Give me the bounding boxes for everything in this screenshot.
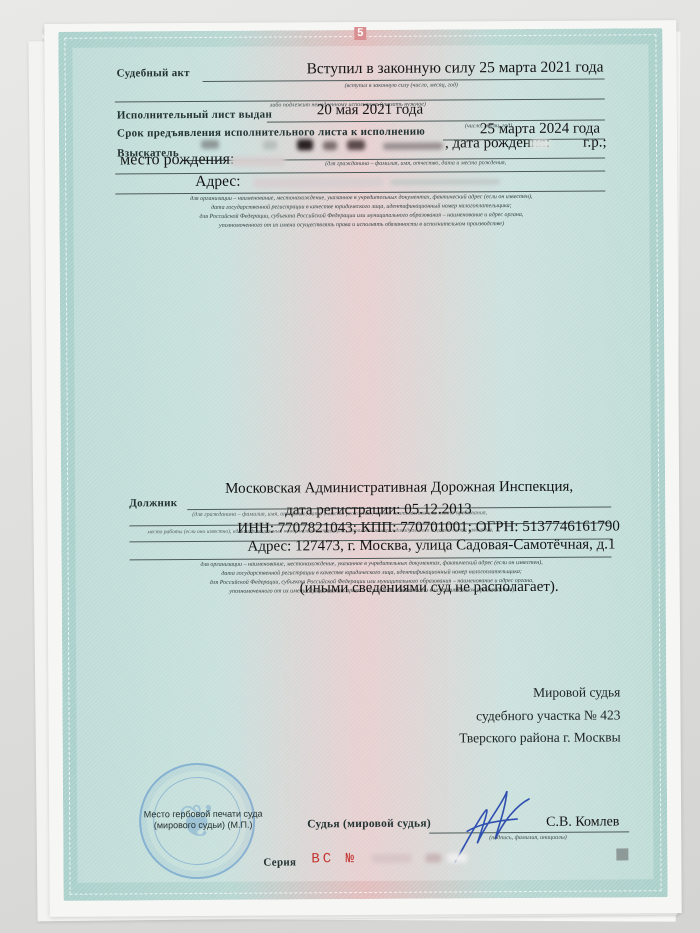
debtor-label: Должник xyxy=(129,497,177,509)
redacted-name xyxy=(383,143,443,150)
serial-label: Серия xyxy=(263,856,296,868)
writ-of-execution-page: 5 Судебный акт Вступил в законную силу 2… xyxy=(44,20,681,917)
debtor-registration: дата регистрации: 05.12.2013 xyxy=(285,501,472,519)
serial-number: ВС № xyxy=(311,851,357,867)
redacted-name xyxy=(297,139,313,150)
redacted-birth-date xyxy=(530,139,550,149)
seal-caption-line: Место гербовой печати суда xyxy=(141,809,265,821)
birth-suffix: г.р.; xyxy=(583,135,607,152)
court-act-value: Вступил в законную силу 25 марта 2021 го… xyxy=(307,59,604,79)
barcode-mark xyxy=(616,848,628,860)
court-act-hint: (вступил в законную силу (число, месяц, … xyxy=(345,82,458,89)
redacted-serial xyxy=(371,854,411,863)
deadline-label: Срок предъявления исполнительного листа … xyxy=(117,126,425,140)
judge-title: Мировой судья xyxy=(533,684,620,701)
court-act-label: Судебный акт xyxy=(117,67,190,79)
judge-court-section: судебного участка № 423 xyxy=(476,707,621,724)
debtor-address: Адрес: 127473, г. Москва, улица Садовая-… xyxy=(247,536,615,555)
debtor-name: Московская Административная Дорожная Инс… xyxy=(225,479,573,498)
judge-district: Тверского района г. Москвы xyxy=(459,729,620,746)
seal-caption-line: (мирового судьи) (М.П.) xyxy=(141,820,265,832)
writ-issued-label: Исполнительный лист выдан xyxy=(117,109,272,122)
redacted-name xyxy=(263,141,277,150)
redacted-serial xyxy=(447,853,467,862)
debtor-other-info: (иными сведениями суд не располагает). xyxy=(300,579,559,598)
redacted-name xyxy=(347,140,365,150)
debtor-ids: ИНН: 7707821043; КПП: 770701001; ОГРН: 5… xyxy=(237,518,620,537)
redacted-address xyxy=(253,178,383,188)
redacted-birth-place xyxy=(231,156,285,166)
underline xyxy=(203,79,605,82)
signature-hint: (подпись, фамилия, инициалы) xyxy=(489,835,567,841)
underline xyxy=(115,171,605,175)
birth-place-label: место рождения: xyxy=(120,151,234,170)
redacted-serial xyxy=(425,854,441,863)
seal-caption: Место гербовой печати суда (мирового суд… xyxy=(141,809,265,832)
redacted-address xyxy=(390,179,500,185)
writ-issued-value: 20 мая 2021 года xyxy=(317,102,423,120)
redacted-name xyxy=(201,140,219,149)
judge-signature-label: Судья (мировой судья) xyxy=(307,818,431,831)
claimant-hint: (для гражданина – фамилия, имя, отчество… xyxy=(325,160,506,167)
claimant-address-label: Адрес: xyxy=(195,173,240,191)
judge-name: С.В. Комлев xyxy=(546,814,619,830)
claimant-note: для организации – наименование, местонах… xyxy=(113,192,609,231)
redacted-name xyxy=(323,141,337,150)
note-line: уполномоченного от их имени осуществлять… xyxy=(113,219,609,231)
